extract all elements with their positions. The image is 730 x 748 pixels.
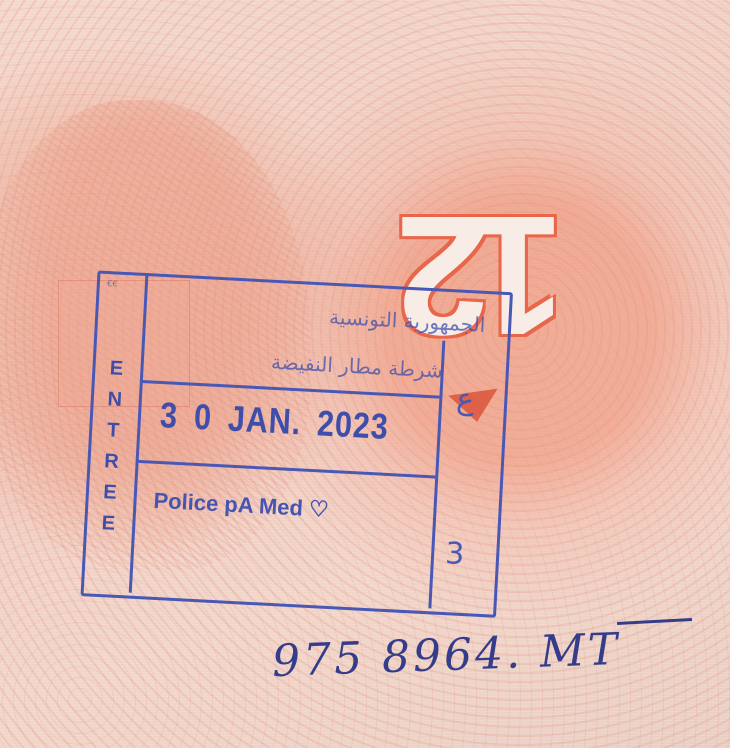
- handwritten-overline: [617, 618, 692, 625]
- letter: E: [104, 353, 130, 385]
- letter: R: [99, 446, 125, 478]
- stamp-side-glyph: 3: [444, 536, 465, 572]
- port-symbol-icon: ♡: [308, 496, 329, 522]
- letter: T: [100, 415, 126, 447]
- letter: N: [102, 384, 128, 416]
- letter: E: [97, 477, 123, 509]
- stamp-side-glyph: ع: [455, 381, 475, 417]
- stamp-code: ꞓꞓ: [107, 275, 118, 291]
- letter: E: [96, 508, 122, 540]
- entry-stamp: ꞓꞓ الجمهورية التونسية شرطة مطار النفيضة …: [70, 262, 527, 630]
- handwritten-note: 975 8964. MT: [271, 624, 621, 687]
- passport-page: 12 ꞓꞓ الجمهورية التونسية شرطة مطار النفي…: [0, 0, 730, 748]
